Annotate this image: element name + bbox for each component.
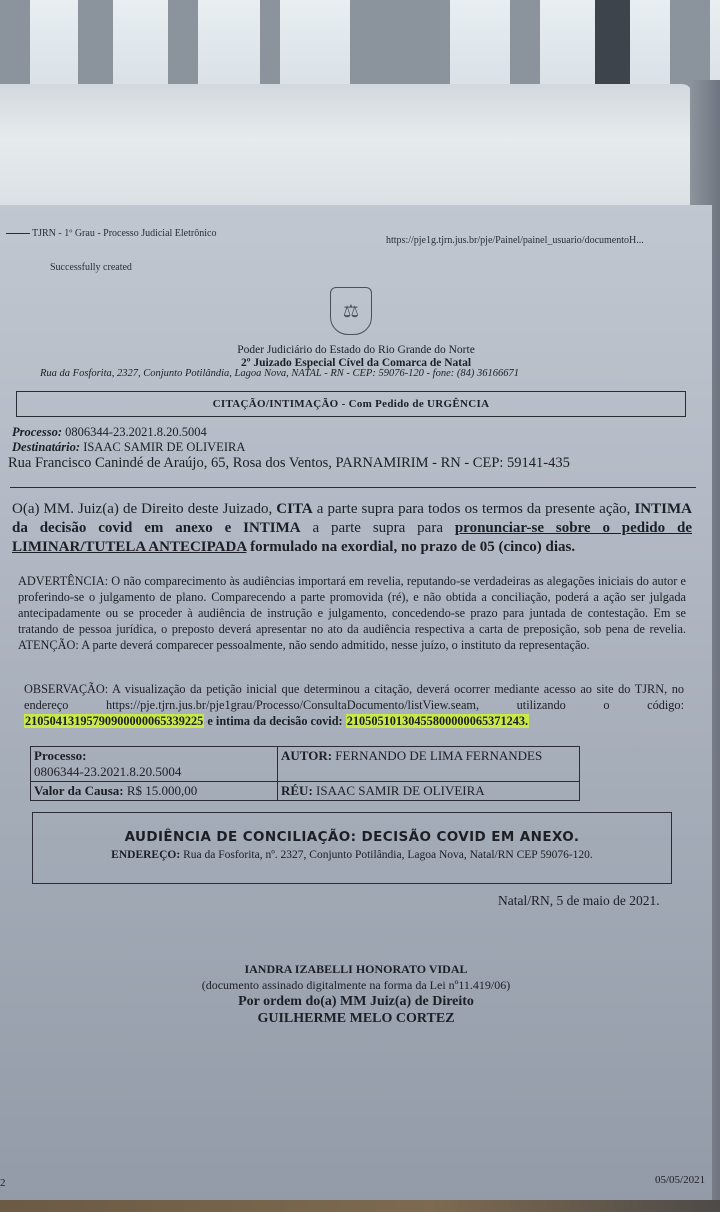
document-page: TJRN - 1º Grau - Processo Judicial Eletr… bbox=[0, 205, 712, 1202]
background-cable bbox=[595, 0, 630, 90]
print-header-left: TJRN - 1º Grau - Processo Judicial Eletr… bbox=[6, 228, 216, 239]
table-cell-process: Processo:0806344-23.2021.8.20.5004 bbox=[31, 747, 278, 782]
document-title: CITAÇÃO/INTIMAÇÃO - Com Pedido de URGÊNC… bbox=[16, 391, 686, 417]
order-line: Por ordem do(a) MM Juiz(a) de Direito bbox=[0, 994, 712, 1010]
table-row: Processo:0806344-23.2021.8.20.5004 AUTOR… bbox=[31, 747, 580, 782]
signature-note: (documento assinado digitalmente na form… bbox=[0, 978, 712, 993]
background-blind-bar bbox=[260, 0, 280, 90]
page-number: 2 bbox=[0, 1177, 6, 1189]
document-date: Natal/RN, 5 de maio de 2021. bbox=[498, 893, 660, 909]
print-header-url: https://pje1g.tjrn.jus.br/pje/Painel/pai… bbox=[386, 235, 644, 246]
status-text: Successfully created bbox=[50, 262, 132, 273]
process-number: Processo: 0806344-23.2021.8.20.5004 bbox=[12, 425, 207, 440]
background-blind-bar bbox=[78, 0, 113, 90]
observation-paragraph: OBSERVAÇÃO: A visualização da petição in… bbox=[24, 681, 684, 729]
hearing-box: AUDIÊNCIA DE CONCILIAÇÃO: DECISÃO COVID … bbox=[32, 812, 672, 884]
judge-name: GUILHERME MELO CORTEZ bbox=[0, 1011, 712, 1027]
table-cell-defendant: RÉU: ISAAC SAMIR DE OLIVEIRA bbox=[278, 782, 580, 801]
hearing-address: ENDEREÇO: Rua da Fosforita, nº. 2327, Co… bbox=[33, 849, 671, 861]
signer-name: IANDRA IZABELLI HONORATO VIDAL bbox=[0, 962, 712, 977]
table-cell-author: AUTOR: FERNANDO DE LIMA FERNANDES bbox=[278, 747, 580, 782]
background-blind-bar bbox=[510, 0, 540, 90]
case-info-table: Processo:0806344-23.2021.8.20.5004 AUTOR… bbox=[30, 746, 580, 801]
institution-name: Poder Judiciário do Estado do Rio Grande… bbox=[0, 344, 712, 356]
table-cell-value: Valor da Causa: R$ 15.000,00 bbox=[31, 782, 278, 801]
court-coat-of-arms-icon: ⚖ bbox=[330, 287, 372, 335]
hearing-title: AUDIÊNCIA DE CONCILIAÇÃO: DECISÃO COVID … bbox=[33, 829, 671, 845]
table-surface bbox=[0, 1200, 720, 1212]
recipient-address: Rua Francisco Canindé de Araújo, 65, Ros… bbox=[8, 455, 570, 472]
background-blind-bar bbox=[168, 0, 198, 90]
divider bbox=[10, 487, 696, 488]
recipient-name: Destinatário: ISAAC SAMIR DE OLIVEIRA bbox=[12, 440, 245, 455]
citation-paragraph: O(a) MM. Juiz(a) de Direito deste Juizad… bbox=[12, 500, 692, 557]
court-address: Rua da Fosforita, 2327, Conjunto Potilân… bbox=[40, 368, 519, 379]
background-blind-bar bbox=[670, 0, 710, 90]
table-row: Valor da Causa: R$ 15.000,00 RÉU: ISAAC … bbox=[31, 782, 580, 801]
print-date: 05/05/2021 bbox=[655, 1174, 705, 1186]
background-blind-bar bbox=[0, 0, 30, 90]
decision-code-highlight: 21050510130455800000065371243. bbox=[346, 714, 529, 728]
plastic-sleeve bbox=[0, 84, 692, 224]
access-code-highlight: 21050413195790900000065339225 bbox=[24, 714, 204, 728]
background-blind-bar bbox=[350, 0, 450, 90]
warning-paragraph: ADVERTÊNCIA: O não comparecimento às aud… bbox=[18, 573, 686, 653]
